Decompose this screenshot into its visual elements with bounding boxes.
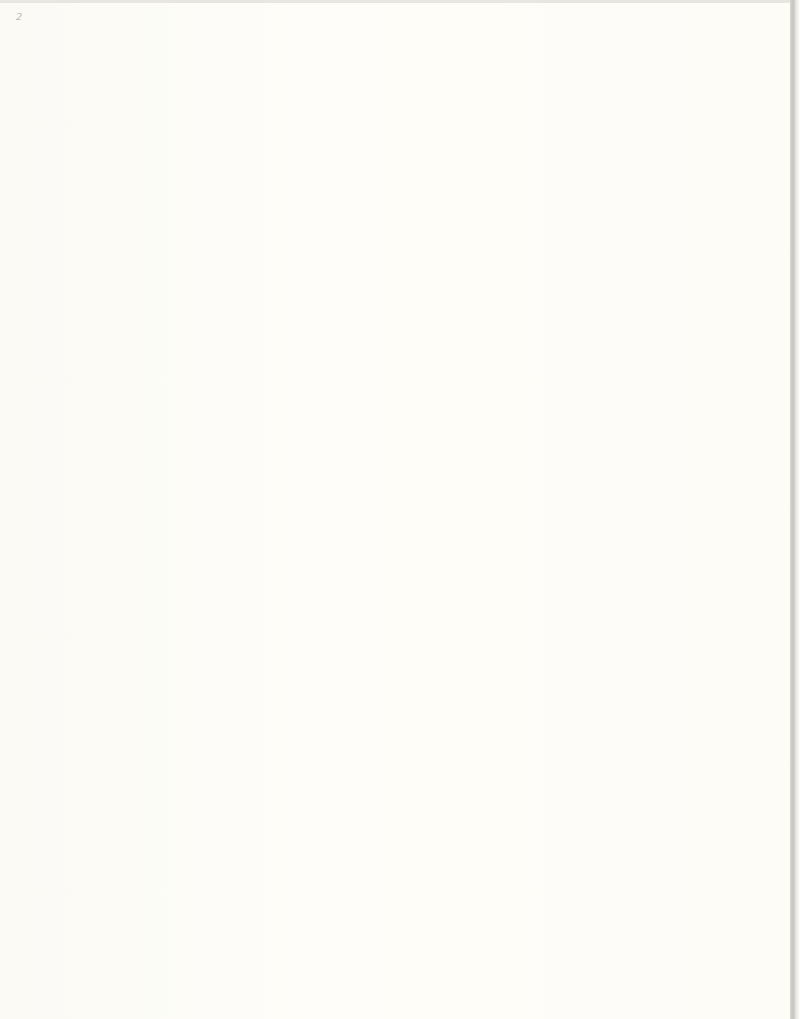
page-edge	[790, 0, 800, 1019]
page-number: 2	[16, 12, 22, 23]
letter-page: 2	[0, 0, 790, 1019]
page-top-edge	[0, 0, 790, 3]
